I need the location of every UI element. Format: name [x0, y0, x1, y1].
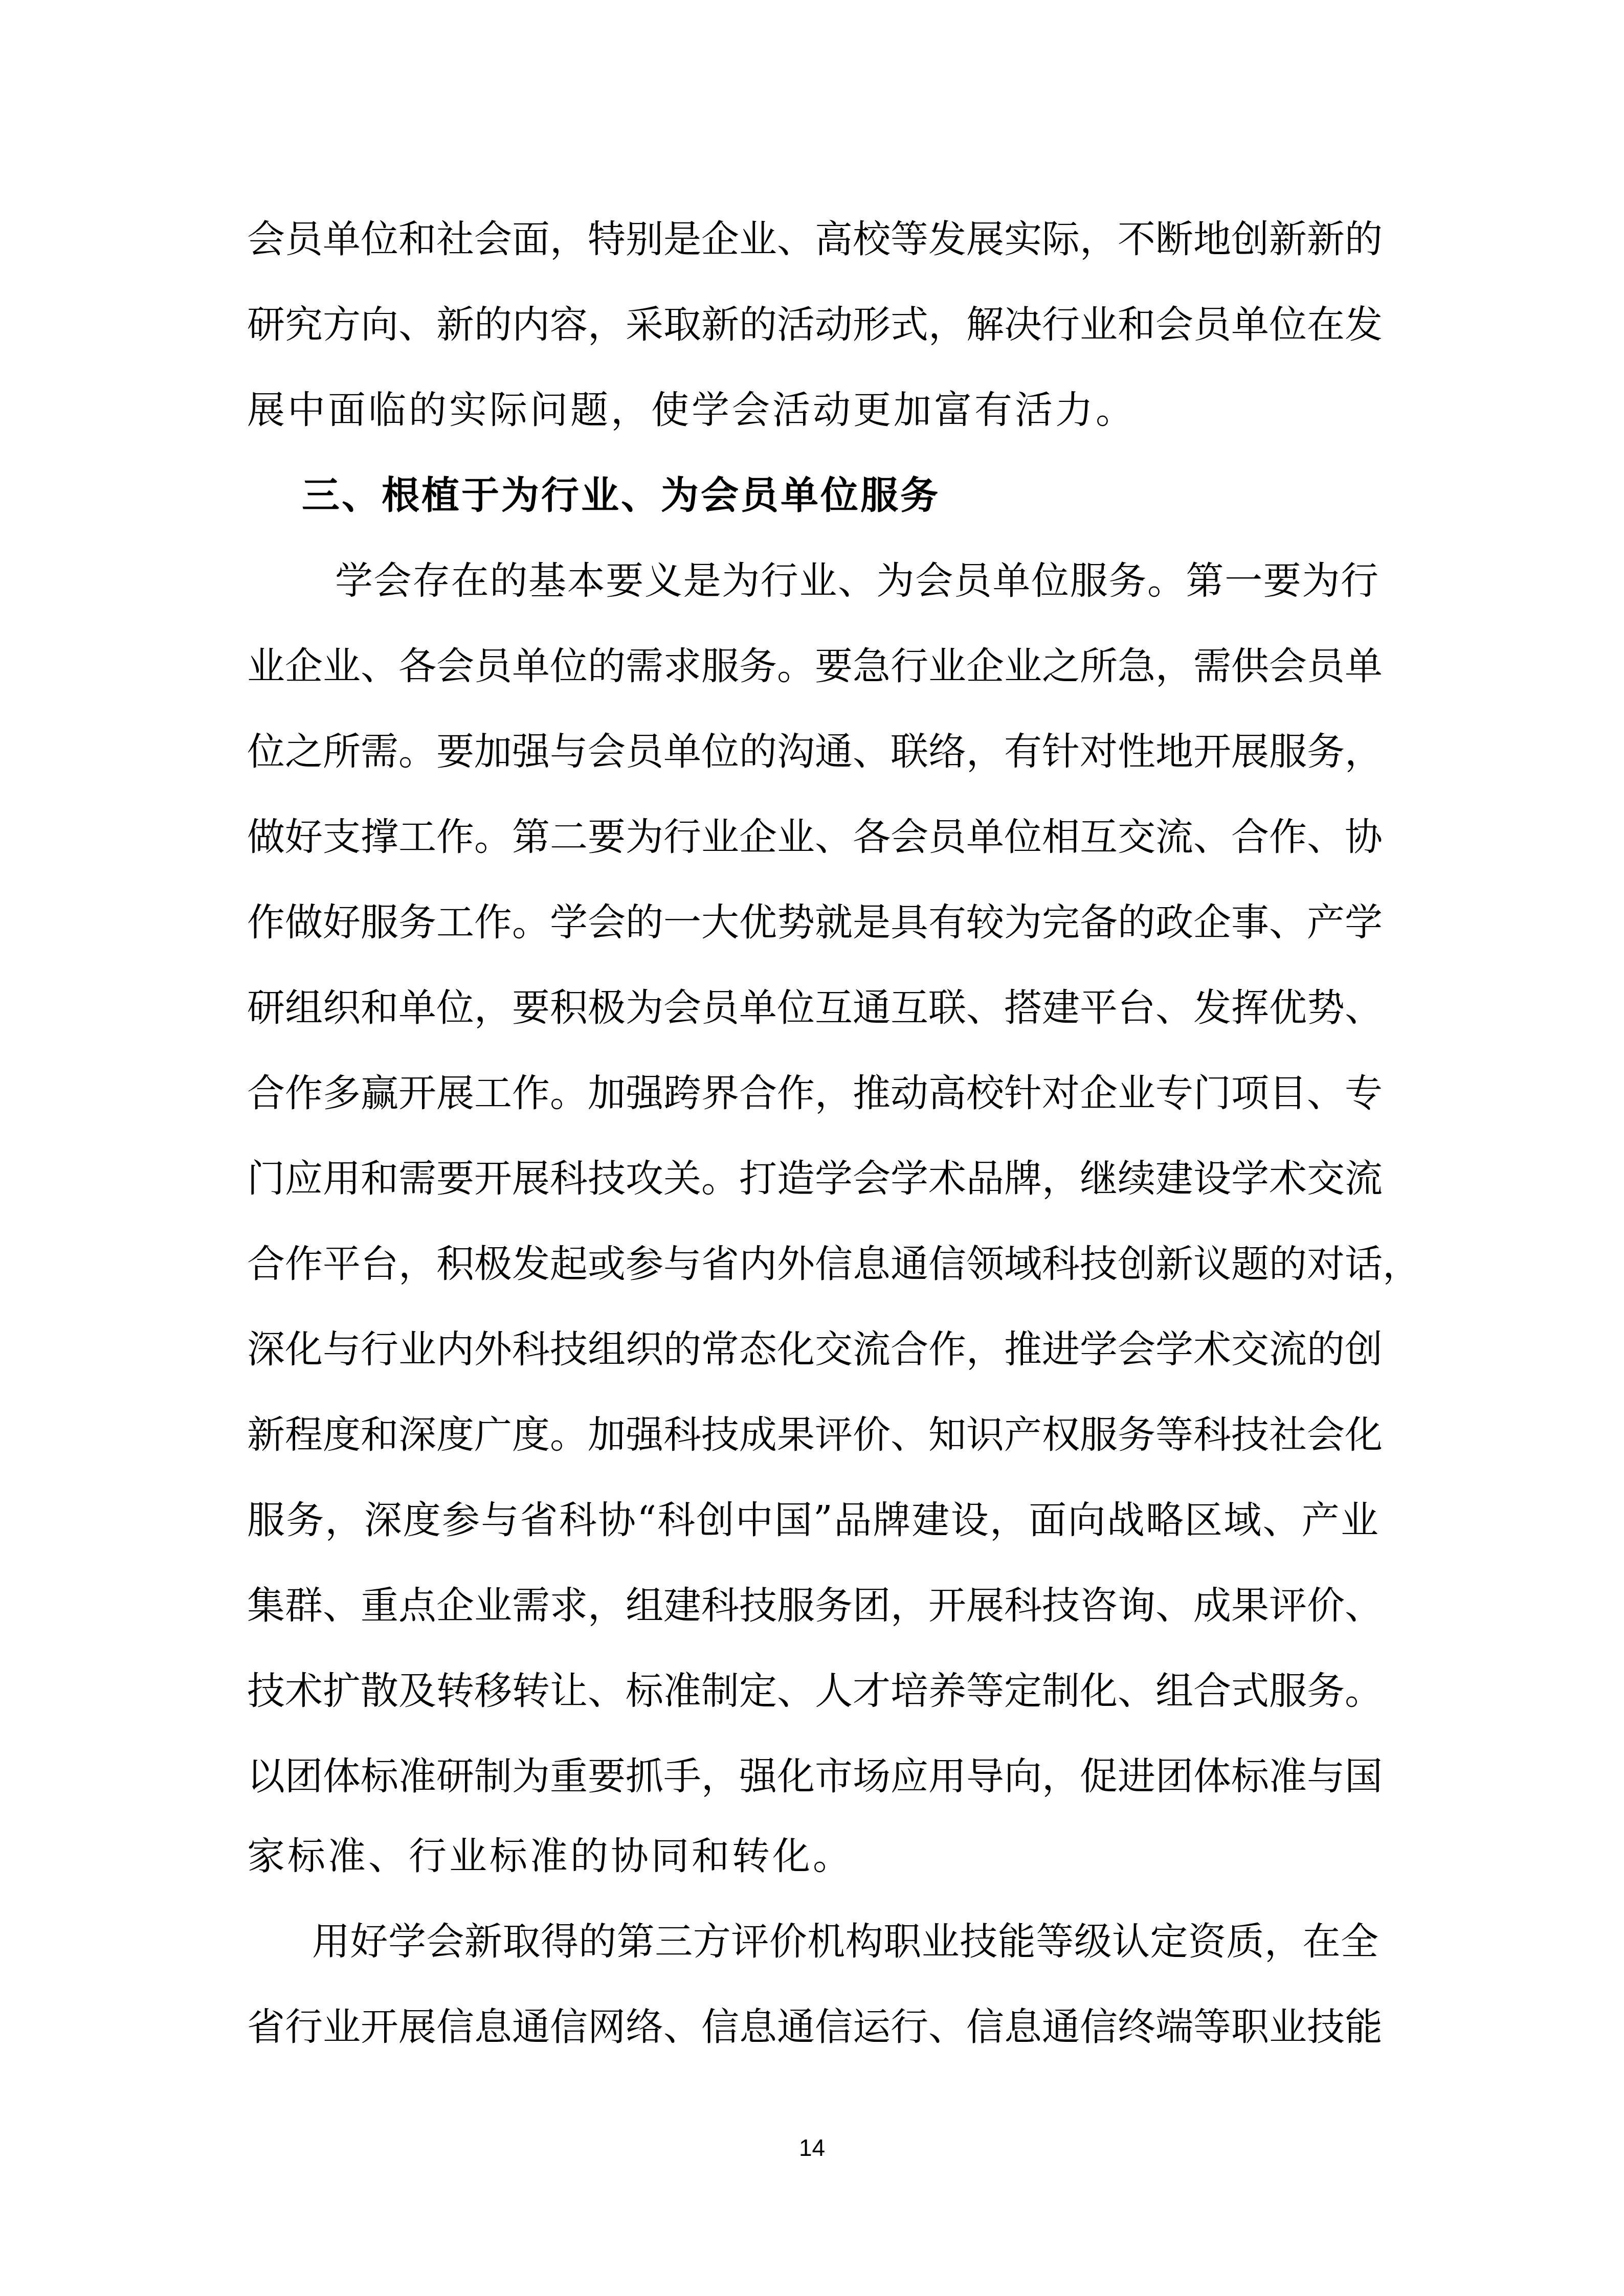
body-line: 展中面临的实际问题，使学会活动更加富有活力。 [247, 385, 1378, 436]
document-page: 会员单位和社会面，特别是企业、高校等发展实际，不断地创新新的 研究方向、新的内容… [0, 0, 1624, 2296]
body-line: 会员单位和社会面，特别是企业、高校等发展实际，不断地创新新的 [247, 214, 1378, 265]
body-line: 作做好服务工作。学会的一大优势就是具有较为完备的政企事、产学 [247, 897, 1378, 948]
body-line: 位之所需。要加强与会员单位的沟通、联络，有针对性地开展服务， [247, 726, 1378, 777]
body-line: 以团体标准研制为重要抓手，强化市场应用导向，促进团体标准与国 [247, 1751, 1378, 1802]
body-line: 技术扩散及转移转让、标准制定、人才培养等定制化、组合式服务。 [247, 1665, 1378, 1717]
body-line: 家标准、行业标准的协同和转化。 [247, 1831, 1378, 1882]
body-line: 新程度和深度广度。加强科技成果评价、知识产权服务等科技社会化 [247, 1409, 1378, 1460]
body-line: 服务，深度参与省科协“科创中国”品牌建设，面向战略区域、产业 [247, 1495, 1378, 1546]
body-line: 研组织和单位，要积极为会员单位互通互联、搭建平台、发挥优势、 [247, 982, 1378, 1033]
body-line: 学会存在的基本要义是为行业、为会员单位服务。第一要为行 [335, 555, 1378, 606]
section-heading: 三、根植于为行业、为会员单位服务 [302, 470, 940, 521]
page-number: 14 [0, 2132, 1624, 2163]
body-line: 用好学会新取得的第三方评价机构职业技能等级认定资质，在全 [312, 1916, 1378, 1967]
body-line: 研究方向、新的内容，采取新的活动形式，解决行业和会员单位在发 [247, 299, 1378, 350]
body-line: 省行业开展信息通信网络、信息通信运行、信息通信终端等职业技能 [247, 2001, 1378, 2053]
body-line: 做好支撑工作。第二要为行业企业、各会员单位相互交流、合作、协 [247, 812, 1378, 863]
body-line: 合作平台，积极发起或参与省内外信息通信领域科技创新议题的对话， [247, 1239, 1378, 1290]
body-line: 门应用和需要开展科技攻关。打造学会学术品牌，继续建设学术交流 [247, 1153, 1378, 1204]
body-line: 深化与行业内外科技组织的常态化交流合作，推进学会学术交流的创 [247, 1324, 1378, 1375]
body-line: 合作多赢开展工作。加强跨界合作，推动高校针对企业专门项目、专 [247, 1068, 1378, 1119]
body-line: 业企业、各会员单位的需求服务。要急行业企业之所急，需供会员单 [247, 641, 1378, 692]
body-line: 集群、重点企业需求，组建科技服务团，开展科技咨询、成果评价、 [247, 1580, 1378, 1631]
